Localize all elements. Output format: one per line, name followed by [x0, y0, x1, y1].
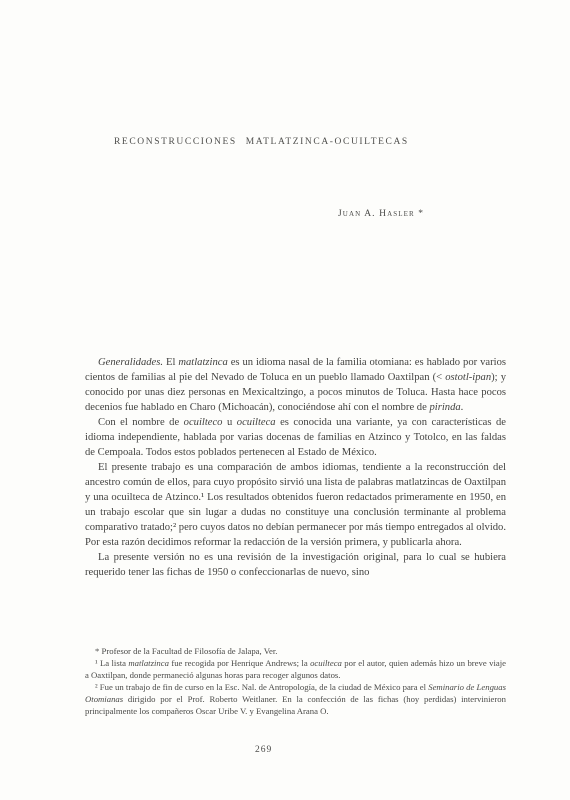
italic-text-segment: matlatzinca: [128, 658, 169, 668]
body-paragraph: Con el nombre de ocuilteco u ocuilteca e…: [85, 415, 506, 460]
page-title: RECONSTRUCCIONES MATLATZINCA-OCUILTECAS: [114, 137, 409, 147]
footnote-item: ¹ La lista matlatzinca fue recogida por …: [85, 657, 506, 681]
footnote-item: * Profesor de la Facultad de Filosofía d…: [85, 645, 506, 657]
text-segment: u: [222, 417, 236, 428]
text-segment: .: [461, 402, 464, 413]
text-segment: La presente versión no es una revisión d…: [85, 552, 506, 578]
italic-text-segment: ocuilteco: [184, 417, 223, 428]
text-segment: * Profesor de la Facultad de Filosofía d…: [95, 646, 277, 656]
author-name: Juan A. Hasler *: [338, 209, 424, 219]
italic-text-segment: ocuilteca: [237, 417, 276, 428]
text-segment: El: [163, 357, 178, 368]
text-segment: El presente trabajo es una comparación d…: [85, 462, 506, 548]
italic-text-segment: Generalidades.: [98, 357, 163, 368]
italic-text-segment: pirinda: [429, 402, 460, 413]
body-paragraph: La presente versión no es una revisión d…: [85, 550, 506, 580]
body-text: Generalidades. El matlatzinca es un idio…: [85, 355, 506, 580]
page-number: 269: [255, 745, 272, 755]
text-segment: ² Fue un trabajo de fin de curso en la E…: [95, 682, 428, 692]
body-paragraph: El presente trabajo es una comparación d…: [85, 460, 506, 550]
text-segment: ¹ La lista: [95, 658, 128, 668]
text-segment: Con el nombre de: [98, 417, 184, 428]
scanned-page: RECONSTRUCCIONES MATLATZINCA-OCUILTECAS …: [0, 0, 570, 800]
body-paragraph: Generalidades. El matlatzinca es un idio…: [85, 355, 506, 415]
italic-text-segment: matlatzinca: [178, 357, 227, 368]
footnotes: * Profesor de la Facultad de Filosofía d…: [85, 645, 506, 717]
text-segment: dirigido por el Prof. Roberto Weitlaner.…: [85, 694, 506, 716]
text-segment: fue recogida por Henrique Andrews; la: [169, 658, 310, 668]
italic-text-segment: ocuilteca: [310, 658, 342, 668]
italic-text-segment: ostotl-ipan: [445, 372, 491, 383]
footnote-item: ² Fue un trabajo de fin de curso en la E…: [85, 681, 506, 717]
